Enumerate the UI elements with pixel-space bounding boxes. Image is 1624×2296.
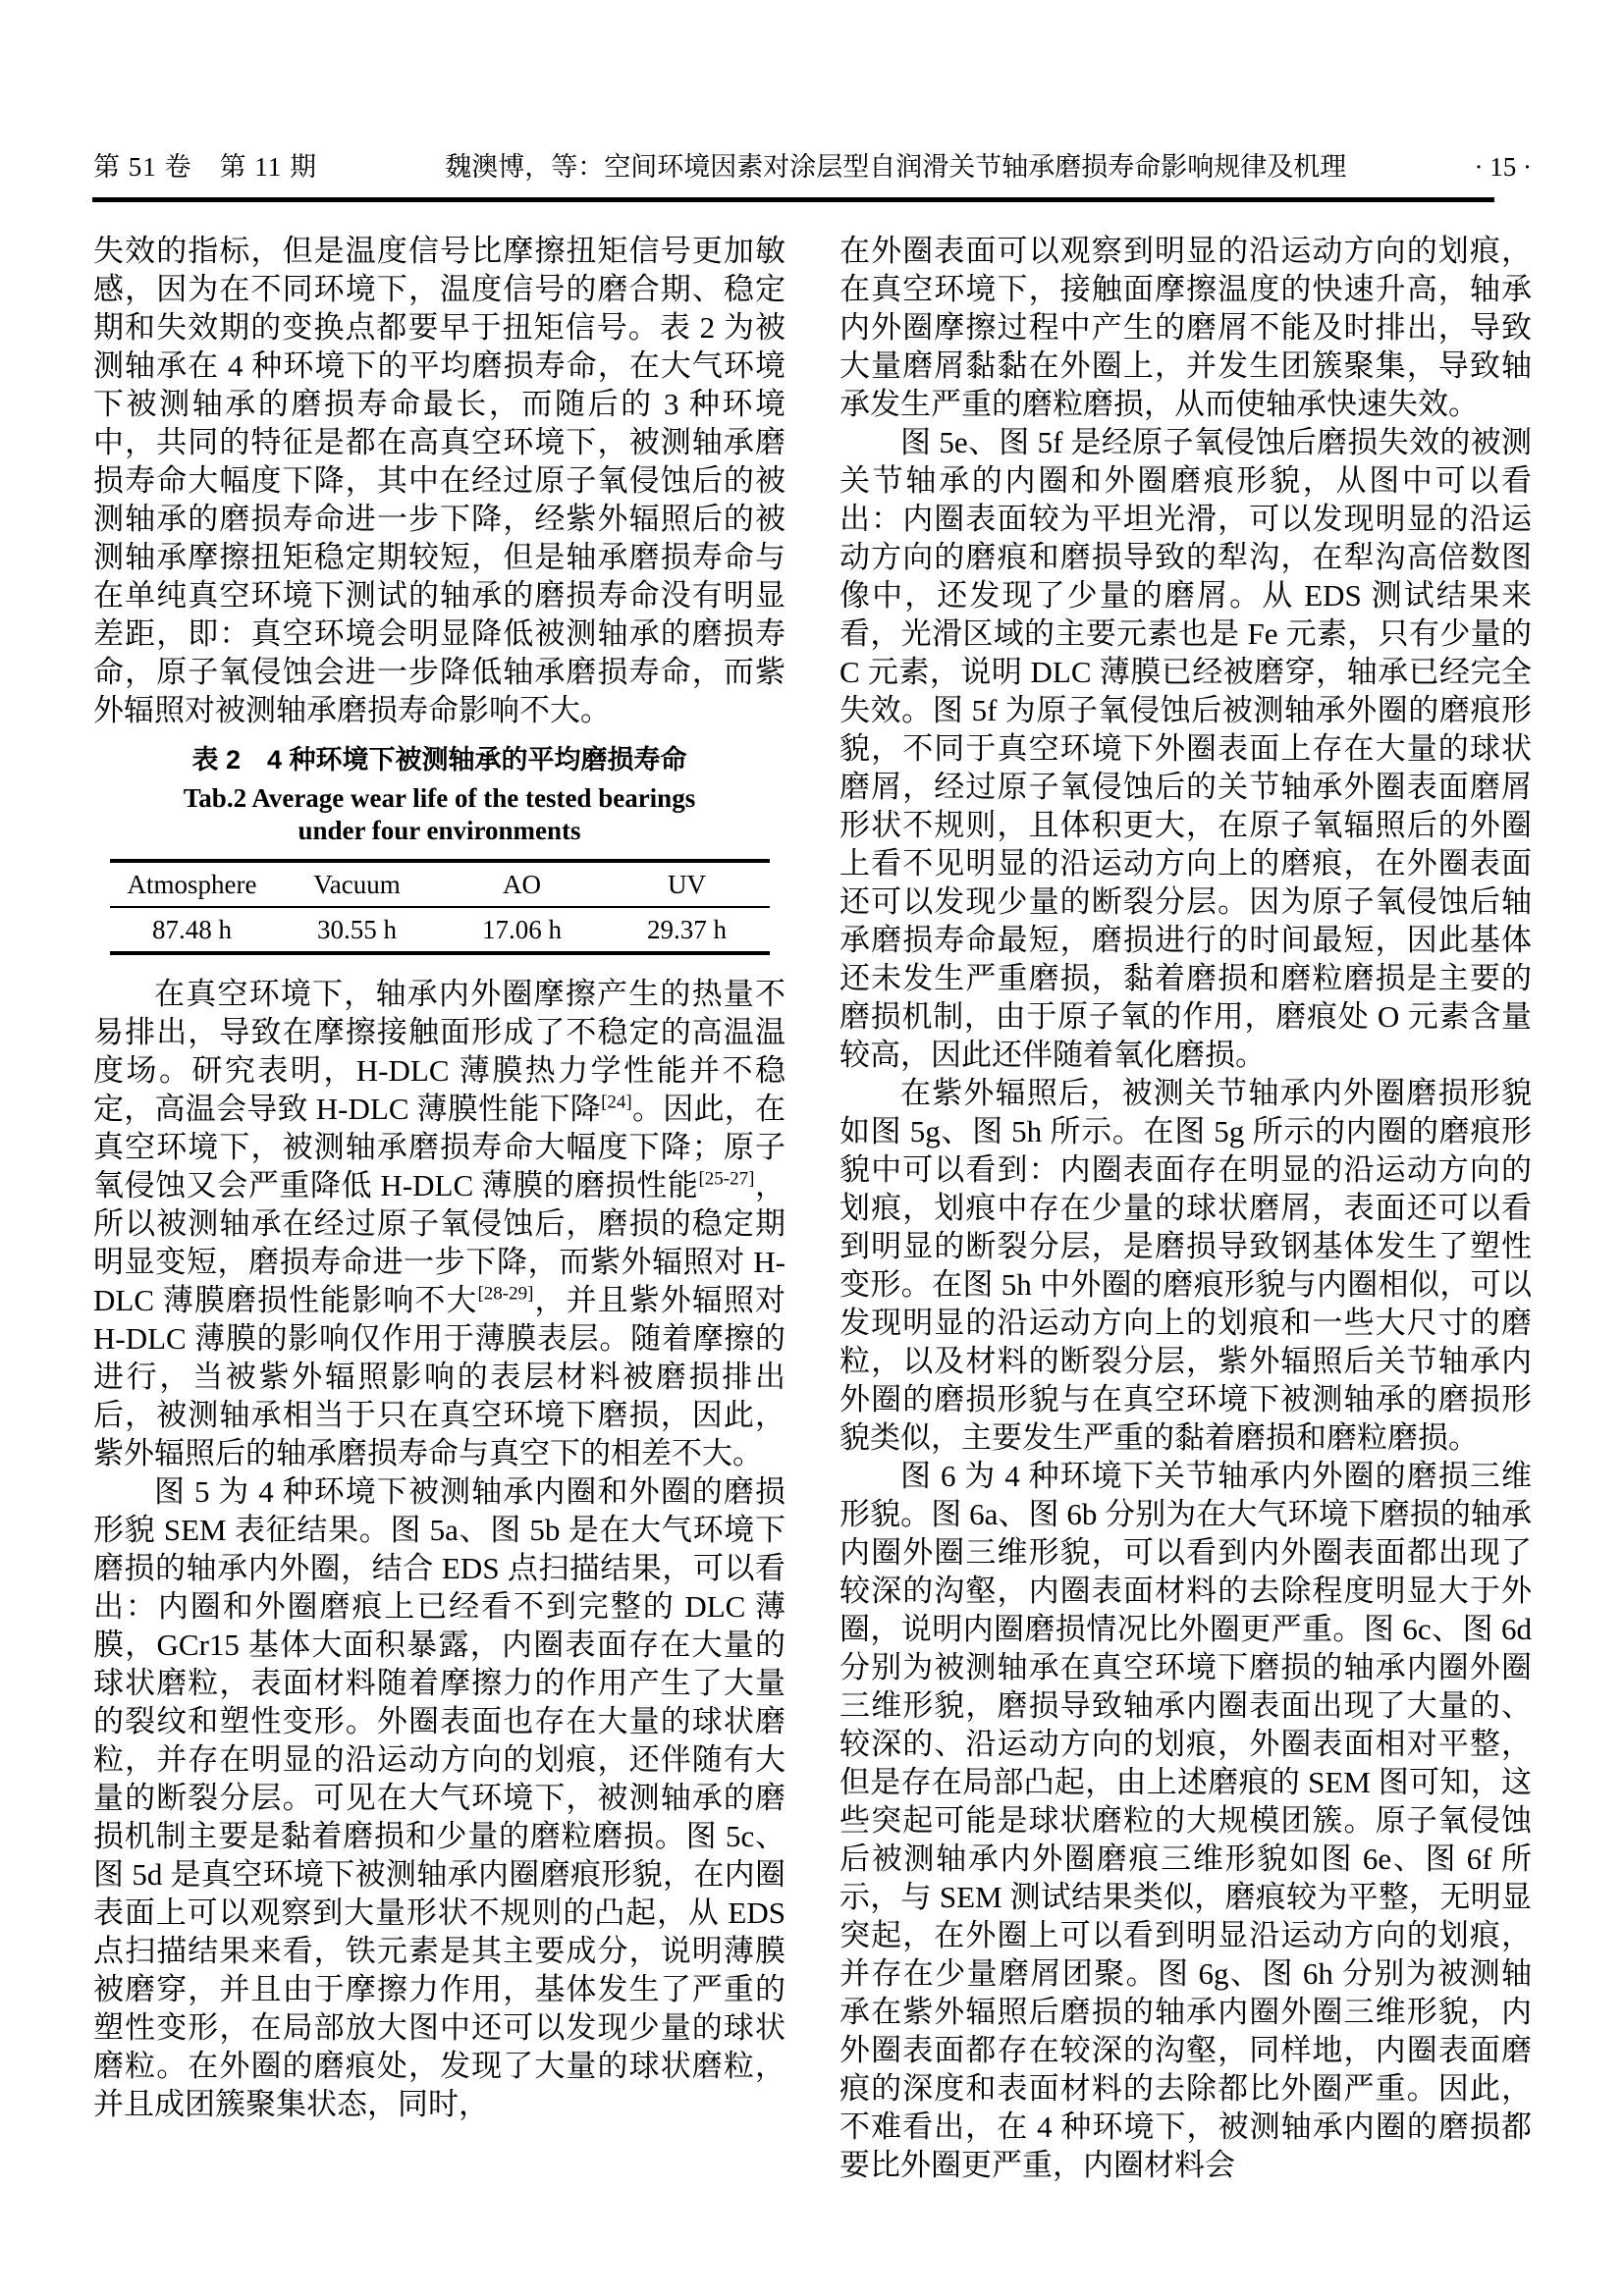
para-figure5g-5h-uv: 在紫外辐照后，被测关节轴承内外圈磨损形貌如图 5g、图 5h 所示。在图 5g … [839, 1074, 1532, 1457]
page-number: · 15 · [1475, 152, 1532, 183]
table-2: Atmosphere Vacuum AO UV 87.48 h 30.55 h … [110, 859, 770, 955]
table-2-col-uv: UV [605, 861, 770, 907]
para-outer-ring-scratches: 在外圈表面可以观察到明显的沿运动方向的划痕，在真空环境下，接触面摩擦温度的快速升… [839, 232, 1532, 423]
table-2-col-vacuum: Vacuum [275, 861, 440, 907]
table-2-col-ao: AO [440, 861, 605, 907]
table-2-caption-en-line1: Tab.2 Average wear life of the tested be… [93, 782, 785, 815]
table-2-block: 表 2 4 种环境下被测轴承的平均磨损寿命 Tab.2 Average wear… [93, 743, 785, 955]
table-2-caption-en-line2: under four environments [93, 815, 785, 847]
table-2-caption-zh: 表 2 4 种环境下被测轴承的平均磨损寿命 [93, 743, 785, 776]
right-column: 在外圈表面可以观察到明显的沿运动方向的划痕，在真空环境下，接触面摩擦温度的快速升… [839, 232, 1532, 2184]
table-2-header-row: Atmosphere Vacuum AO UV [110, 861, 770, 907]
running-title: 魏澳博，等：空间环境因素对涂层型自润滑关节轴承磨损寿命影响规律及机理 [317, 145, 1475, 184]
two-column-body: 失效的指标，但是温度信号比摩擦扭矩信号更加敏感，因为在不同环境下，温度信号的磨合… [93, 232, 1532, 2184]
table-2-captions: 表 2 4 种环境下被测轴承的平均磨损寿命 Tab.2 Average wear… [93, 743, 785, 847]
volume-issue-label: 第 51 卷 第 11 期 [93, 145, 317, 184]
left-column: 失效的指标，但是温度信号比摩擦扭矩信号更加敏感，因为在不同环境下，温度信号的磨合… [93, 232, 785, 2184]
para-vacuum-heat: 在真空环境下，轴承内外圈摩擦产生的热量不易排出，导致在摩擦接触面形成了不稳定的高… [93, 975, 785, 1472]
table-2-value-uv: 29.37 h [605, 907, 770, 953]
para-figure5-sem: 图 5 为 4 种环境下被测轴承内圈和外圈的磨损形貌 SEM 表征结果。图 5a… [93, 1472, 785, 2123]
table-2-value-ao: 17.06 h [440, 907, 605, 953]
para-figure6-3d-morphology: 图 6 为 4 种环境下关节轴承内外圈的磨损三维形貌。图 6a、图 6b 分别为… [839, 1457, 1532, 2184]
header-rule [92, 197, 1494, 202]
table-2-data-row: 87.48 h 30.55 h 17.06 h 29.37 h [110, 907, 770, 953]
table-2-value-vacuum: 30.55 h [275, 907, 440, 953]
table-2-col-atmosphere: Atmosphere [110, 861, 275, 907]
paper-page: 第 51 卷 第 11 期 魏澳博，等：空间环境因素对涂层型自润滑关节轴承磨损寿… [0, 0, 1624, 2296]
para-figure5e-5f-ao: 图 5e、图 5f 是经原子氧侵蚀后磨损失效的被测关节轴承的内圈和外圈磨痕形貌，… [839, 423, 1532, 1074]
table-2-value-atmosphere: 87.48 h [110, 907, 275, 953]
page-header: 第 51 卷 第 11 期 魏澳博，等：空间环境因素对涂层型自润滑关节轴承磨损寿… [93, 145, 1532, 184]
para-failure-indicator: 失效的指标，但是温度信号比摩擦扭矩信号更加敏感，因为在不同环境下，温度信号的磨合… [93, 232, 785, 729]
